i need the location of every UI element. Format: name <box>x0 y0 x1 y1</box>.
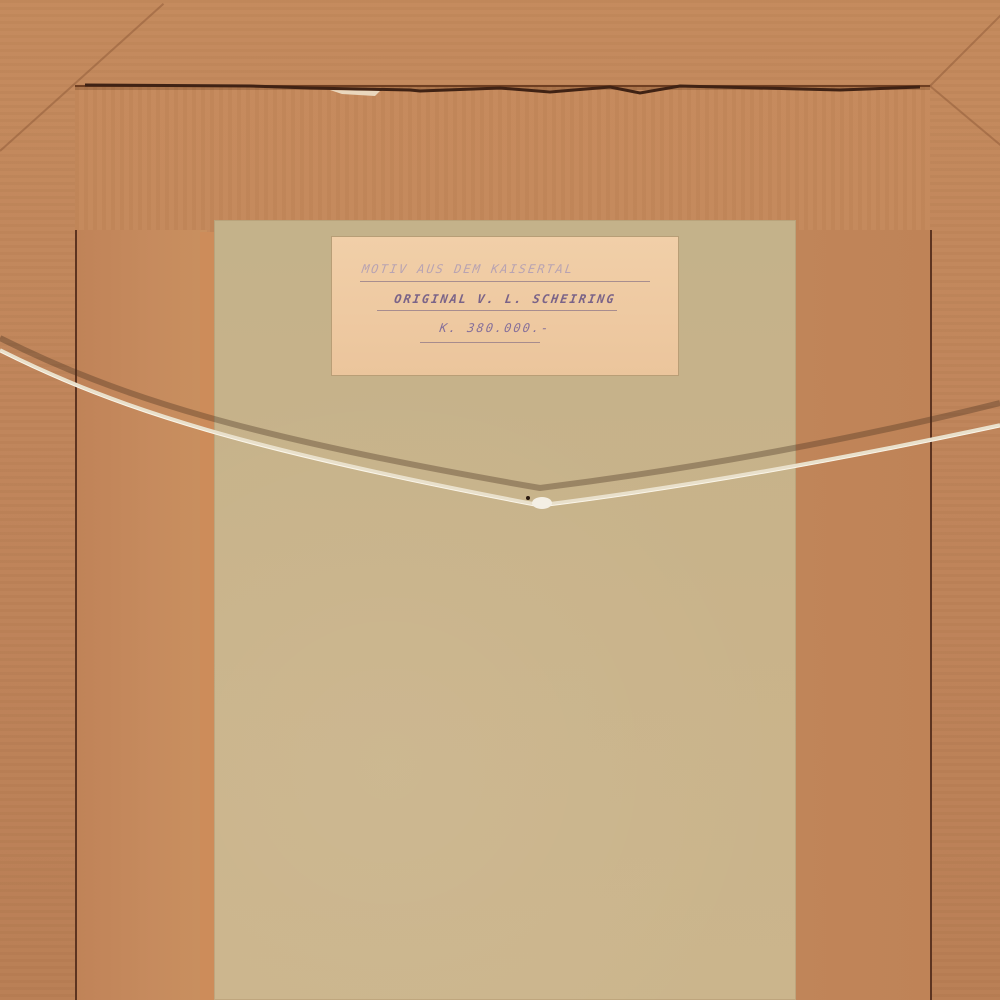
underline-2 <box>377 310 617 311</box>
right-tape-strip <box>795 230 932 1000</box>
torn-edge-top <box>80 82 920 96</box>
artwork-back-photo: MOTIV AUS DEM KAISERTAL ORIGINAL V. L. S… <box>0 0 1000 1000</box>
provenance-label: MOTIV AUS DEM KAISERTAL ORIGINAL V. L. S… <box>332 237 678 375</box>
corner-fold-right <box>929 85 1000 164</box>
underline-1 <box>360 281 650 282</box>
label-price-line: K. 380.000.- <box>311 321 679 335</box>
corner-fold-top-right <box>929 0 1000 86</box>
label-artist-line: ORIGINAL V. L. SCHEIRING <box>331 292 679 306</box>
label-title-line: MOTIV AUS DEM KAISERTAL <box>361 262 679 276</box>
underline-3 <box>420 342 540 343</box>
left-tape-strip <box>75 230 207 1000</box>
